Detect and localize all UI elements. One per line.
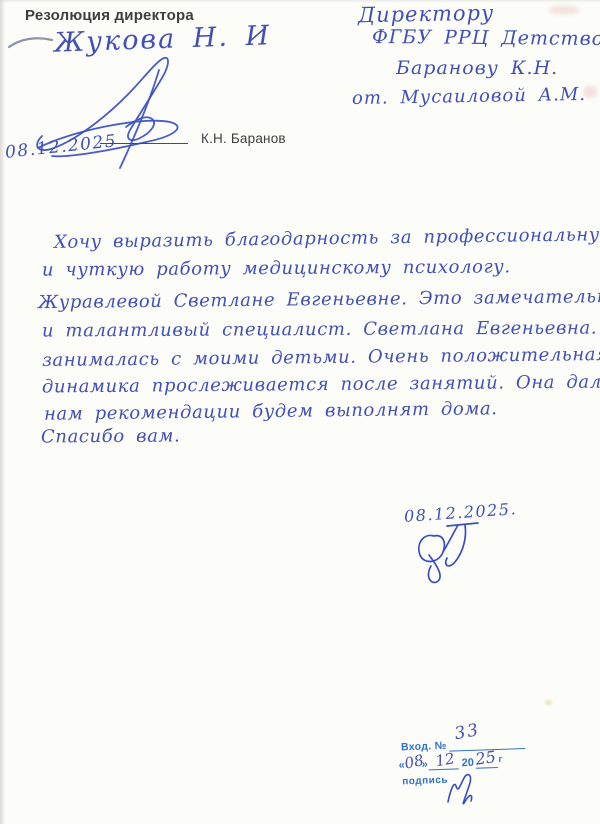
stamp-year-letter: г	[498, 754, 502, 764]
body-line: занималась с моими детьми. Очень положит…	[42, 346, 600, 370]
signature-line	[100, 143, 188, 144]
body-line: Журавлевой Светлане Евгеньевне. Это заме…	[38, 288, 600, 312]
address-line: ФГБУ РРЦ Детство	[372, 28, 600, 49]
body-line: Спасибо вам.	[41, 428, 180, 447]
address-block: Директору ФГБУ РРЦ Детство Баранову К.Н.…	[350, 4, 590, 119]
scan-edge-top	[0, 0, 600, 3]
stamp-year-suffix: 25	[474, 749, 496, 768]
body-line: и чуткую работу медицинскому психологу.	[42, 258, 511, 279]
body-line: нам рекомендации будем выполнят дома.	[44, 400, 498, 424]
author-signature	[412, 514, 490, 586]
stamp-signature	[442, 766, 482, 814]
scan-edge-left	[0, 0, 5, 824]
address-line: от. Мусаиловой А.М.	[352, 86, 586, 108]
director-name-caption: К.Н. Баранов	[201, 131, 286, 146]
scan-smudge	[545, 700, 552, 705]
body-line: и талантливый специалист. Светлана Евген…	[42, 320, 597, 341]
letter-body: Хочу выразить благодарность за профессио…	[36, 222, 586, 467]
address-line: Баранову К.Н.	[396, 59, 558, 78]
scanned-document-page: Резолюция директора Жукова Н. И 08.12.20…	[0, 0, 600, 824]
pen-dash-mark	[6, 32, 56, 52]
resolution-title: Резолюция директора	[25, 7, 194, 24]
address-line: Директору	[358, 3, 495, 26]
stamp-incoming-number: 33	[453, 722, 481, 743]
stamp-quote-close: »	[421, 758, 428, 770]
body-line: динамика прослеживается после занятий. О…	[42, 374, 600, 397]
body-line: Хочу выразить благодарность за профессио…	[54, 226, 600, 252]
